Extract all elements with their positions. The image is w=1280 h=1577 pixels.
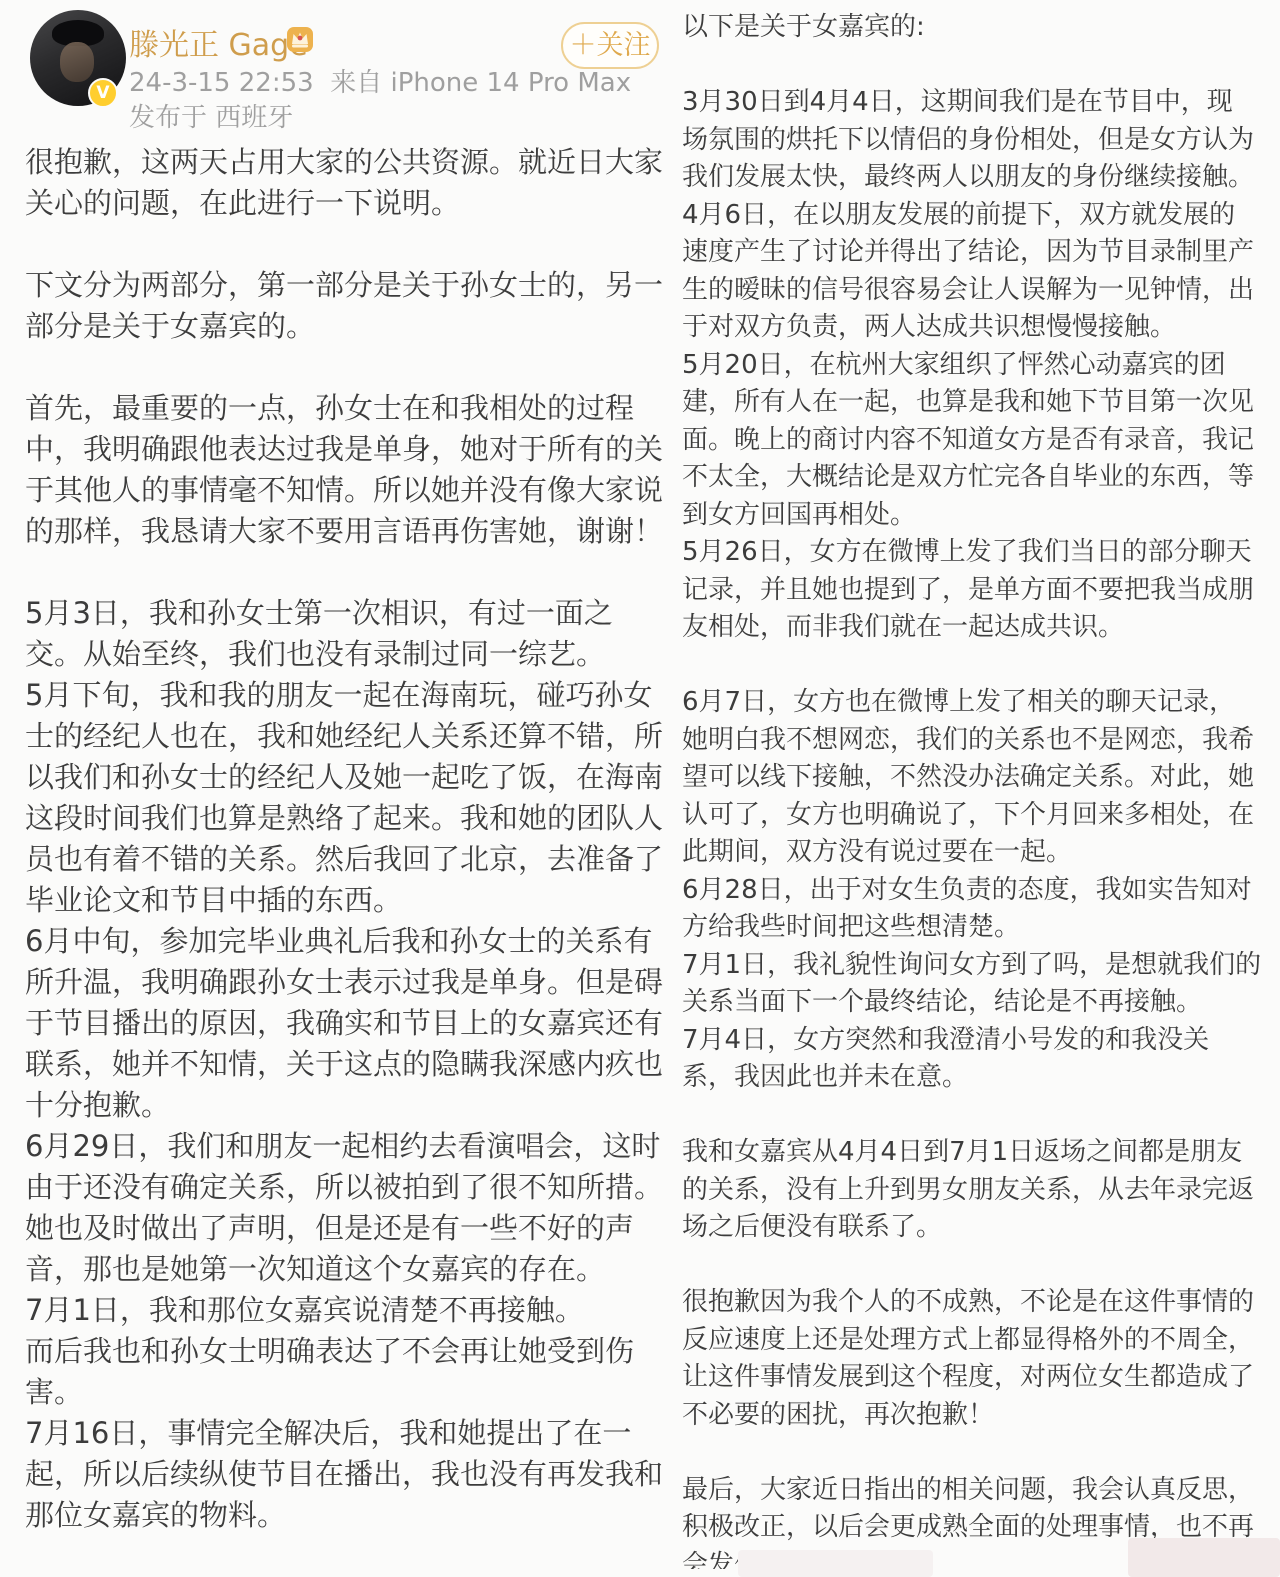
statement-left-column: 很抱歉，这两天占用大家的公共资源。就近日大家 关心的问题，在此进行一下说明。 下… [25, 142, 668, 1562]
timestamp: 24-3-15 22:53 [129, 68, 314, 98]
weibo-post: V 滕光正 Gage 24-3-15 22:53 来自 iPhone 14 Pr… [0, 0, 1280, 1577]
follow-button[interactable]: ＋关注 [561, 22, 659, 69]
source-device: 来自 iPhone 14 Pro Max [330, 68, 631, 98]
username[interactable]: 滕光正 Gage [129, 20, 308, 64]
watermark-patch [1128, 1538, 1280, 1577]
watermark-patch [738, 1550, 933, 1577]
statement-right-column: 以下是关于女嘉宾的: 3月30日到4月4日，这期间我们是在节目中，现 场氛围的烘… [682, 9, 1280, 1569]
timestamp-source: 24-3-15 22:53 来自 iPhone 14 Pro Max [129, 62, 631, 99]
vip-crown-icon [285, 24, 315, 54]
avatar-face-shape [60, 42, 94, 82]
post-location: 发布于 西班牙 [129, 97, 293, 134]
verified-badge-icon: V [88, 78, 118, 108]
